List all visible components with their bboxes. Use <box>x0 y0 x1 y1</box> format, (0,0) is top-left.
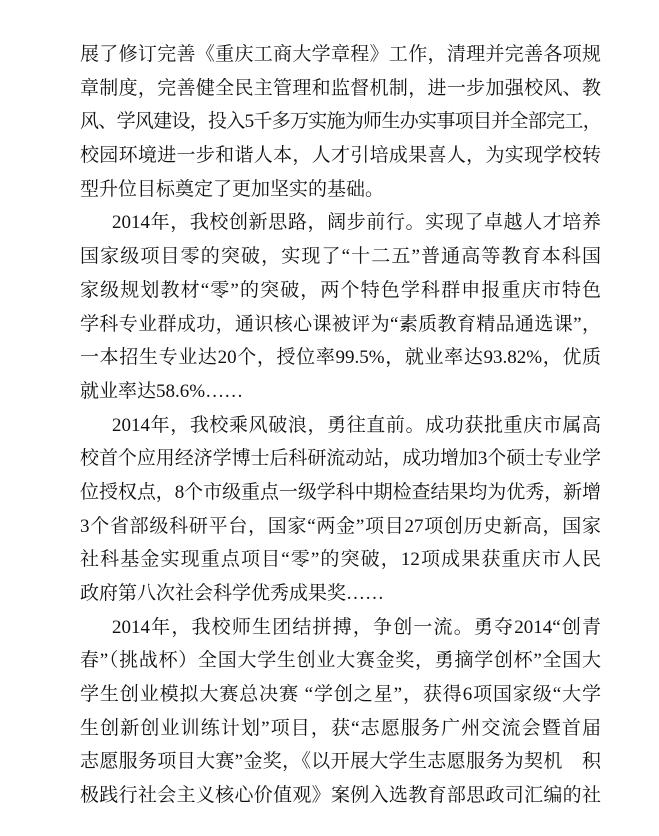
text-line: 展了修订完善《重庆工商大学章程》工作，清理并完善各项规 <box>80 38 601 72</box>
paragraph: 2014年，我校创新思路，阔步前行。实现了卓越人才培养国家级项目零的突破，实现了… <box>80 206 601 408</box>
paragraph: 2014年，我校师生团结拼搏，争创一流。勇夺2014“创青春”（挑战杯）全国大学… <box>80 611 601 813</box>
text-line: 章制度，完善健全民主管理和监督机制，进一步加强校风、教 <box>80 72 601 106</box>
text-line: 社科基金实现重点项目“零”的突破，12项成果获重庆市人民 <box>80 543 601 577</box>
text-line: 生创新创业训练计划”项目，获“志愿服务广州交流会暨首届 <box>80 712 601 746</box>
text-line: 志愿服务项目大赛”金奖，《以开展大学生志愿服务为契机 积 <box>80 745 601 779</box>
text-line: 学科专业群成功，通识核心课被评为“素质教育精品通选课”， <box>80 308 601 342</box>
document-body: 展了修订完善《重庆工商大学章程》工作，清理并完善各项规章制度，完善健全民主管理和… <box>80 38 601 813</box>
text-line: 春”（挑战杯）全国大学生创业大赛金奖，勇摘学创杯”全国大 <box>80 644 601 678</box>
text-line: 一本招生专业达20个，授位率99.5%，就业率达93.82%，优质 <box>80 341 601 375</box>
text-line: 学生创业模拟大赛总决赛 “学创之星”，获得6项国家级“大学 <box>80 678 601 712</box>
text-line: 政府第八次社会科学优秀成果奖…… <box>80 577 601 611</box>
text-line: 2014年，我校创新思路，阔步前行。实现了卓越人才培养 <box>80 206 601 240</box>
text-line: 位授权点，8个市级重点一级学科中期检查结果均为优秀，新增 <box>80 476 601 510</box>
text-line: 校园环境进一步和谐人本，人才引培成果喜人，为实现学校转 <box>80 139 601 173</box>
text-line: 2014年，我校乘风破浪，勇往直前。成功获批重庆市属高 <box>80 409 601 443</box>
text-line: 2014年，我校师生团结拼搏，争创一流。勇夺2014“创青 <box>80 611 601 645</box>
text-line: 3个省部级科研平台，国家“两金”项目27项创历史新高，国家 <box>80 510 601 544</box>
document-page: 展了修订完善《重庆工商大学章程》工作，清理并完善各项规章制度，完善健全民主管理和… <box>0 0 659 836</box>
text-line: 型升位目标奠定了更加坚实的基础。 <box>80 173 601 207</box>
text-line: 校首个应用经济学博士后科研流动站，成功增加3个硕士专业学 <box>80 442 601 476</box>
paragraph: 展了修订完善《重庆工商大学章程》工作，清理并完善各项规章制度，完善健全民主管理和… <box>80 38 601 206</box>
text-line: 极践行社会主义核心价值观》案例入选教育部思政司汇编的社 <box>80 779 601 813</box>
text-line: 家级规划教材“零”的突破，两个特色学科群申报重庆市特色 <box>80 274 601 308</box>
text-line: 风、学风建设，投入5千多万实施为师生办实事项目并全部完工， <box>80 105 601 139</box>
text-line: 就业率达58.6%…… <box>80 375 601 409</box>
paragraph: 2014年，我校乘风破浪，勇往直前。成功获批重庆市属高校首个应用经济学博士后科研… <box>80 409 601 611</box>
text-line: 国家级项目零的突破，实现了“十二五”普通高等教育本科国 <box>80 240 601 274</box>
